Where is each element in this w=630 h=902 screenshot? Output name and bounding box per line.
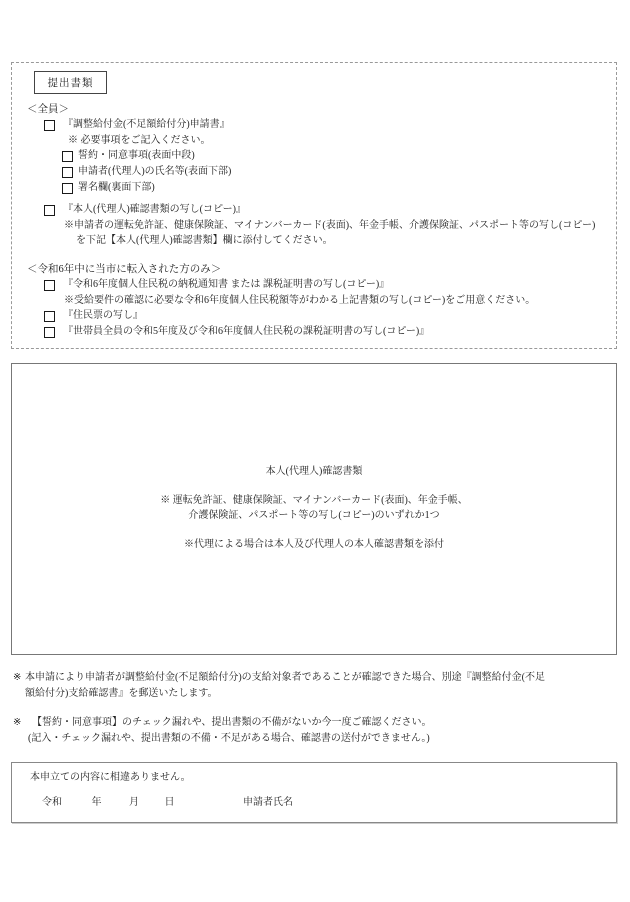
- checklist-item-pledge-consent: 誓約・同意事項(表面中段): [12, 148, 616, 164]
- note-fill-required-fields: ※ 必要事項をご記入ください。: [12, 133, 616, 148]
- checklist-item-label: 申請者(代理人)の氏名等(表面下部): [78, 164, 231, 180]
- reference-mark: ※: [11, 670, 25, 702]
- checkbox-applicant-name[interactable]: [62, 167, 73, 178]
- attachment-area-note1-line1: ※ 運転免許証、健康保険証、マイナンバーカード(表面)、年金手帳、: [12, 493, 616, 508]
- checklist-item-household-tax-certificate: 『世帯員全員の令和5年度及び令和6年度個人住民税の課税証明書の写し(コピー)』: [12, 324, 616, 340]
- checklist-item-identity-copy: 『本人(代理人)確認書類の写し(コピー)』: [12, 202, 616, 218]
- checklist-item-label: 『住民票の写し』: [63, 308, 143, 324]
- checklist-item-label: 『世帯員全員の令和5年度及び令和6年度個人住民税の課税証明書の写し(コピー)』: [63, 324, 429, 340]
- declaration-date-line: 令和 年 月 日 申請者氏名: [12, 795, 616, 810]
- reference-mark: ※: [11, 715, 28, 747]
- year-label: 年: [92, 797, 102, 808]
- note-identity-copy-line1: ※申請者の運転免許証、健康保険証、マイナンバーカード(表面)、年金手帳、介護保険…: [12, 218, 616, 233]
- checklist-item-residence-certificate: 『住民票の写し』: [12, 308, 616, 324]
- attachment-area-note1-line2: 介護保険証、パスポート等の写し(コピー)のいずれか1つ: [12, 508, 616, 523]
- day-label: 日: [165, 797, 175, 808]
- month-label: 月: [129, 797, 139, 808]
- note-tax-notice: ※受給要件の確認に必要な令和6年度個人住民税額等がわかる上記書類の写し(コピー)…: [12, 293, 616, 308]
- submitted-documents-section: 提出書類 ＜全員＞ 『調整給付金(不足額給付分)申請書』 ※ 必要事項をご記入く…: [11, 62, 617, 349]
- footer-notes: ※ 本申請により申請者が調整給付金(不足額給付分)の支給対象者であることが確認で…: [11, 670, 621, 760]
- footer-note-recheck-line2: (記入・チェック漏れや、提出書類の不備・不足がある場合、確認書の送付ができません…: [28, 731, 432, 747]
- declaration-statement: 本申立ての内容に相違ありません。: [12, 763, 616, 785]
- group-heading-transferred: ＜令和6年中に当市に転入された方のみ＞: [12, 262, 616, 277]
- checkbox-tax-notice-copy[interactable]: [44, 280, 55, 291]
- note-identity-copy-line2: を下記【本人(代理人)確認書類】欄に添付してください。: [12, 233, 616, 248]
- era-label: 令和: [42, 797, 62, 808]
- checklist-item-label: 『令和6年度個人住民税の納税通知書 または 課税証明書の写し(コピー)』: [63, 277, 389, 293]
- checklist-item-applicant-name: 申請者(代理人)の氏名等(表面下部): [12, 164, 616, 180]
- checklist-item-label: 『調整給付金(不足額給付分)申請書』: [63, 117, 230, 133]
- footer-note-mailing-line2: 額給付分)支給確認書』を郵送いたします。: [25, 686, 545, 702]
- submitted-documents-label: 提出書類: [48, 75, 94, 90]
- attachment-area-title: 本人(代理人)確認書類: [12, 464, 616, 479]
- submitted-documents-label-box: 提出書類: [34, 71, 107, 94]
- footer-note-recheck: ※ 【誓約・同意事項】のチェック漏れや、提出書類の不備がないか今一度ご確認くださ…: [11, 715, 621, 747]
- footer-note-mailing: ※ 本申請により申請者が調整給付金(不足額給付分)の支給対象者であることが確認で…: [11, 670, 621, 702]
- checkbox-application-form[interactable]: [44, 120, 55, 131]
- identity-documents-attachment-area: 本人(代理人)確認書類 ※ 運転免許証、健康保険証、マイナンバーカード(表面)、…: [11, 363, 617, 655]
- checkbox-household-tax-certificate[interactable]: [44, 327, 55, 338]
- checklist-item-signature-field: 署名欄(裏面下部): [12, 180, 616, 196]
- footer-note-recheck-line1: 【誓約・同意事項】のチェック漏れや、提出書類の不備がないか今一度ご確認ください。: [28, 715, 432, 731]
- applicant-name-label: 申請者氏名: [243, 797, 293, 808]
- declaration-box: 本申立ての内容に相違ありません。 令和 年 月 日 申請者氏名: [11, 762, 617, 823]
- group-heading-everyone: ＜全員＞: [12, 102, 616, 117]
- checklist-item-label: 『本人(代理人)確認書類の写し(コピー)』: [63, 202, 246, 218]
- checkbox-pledge-consent[interactable]: [62, 151, 73, 162]
- checklist-item-application-form: 『調整給付金(不足額給付分)申請書』: [12, 117, 616, 133]
- checklist-item-label: 誓約・同意事項(表面中段): [78, 148, 195, 164]
- checkbox-signature-field[interactable]: [62, 183, 73, 194]
- attachment-area-note2: ※代理による場合は本人及び代理人の本人確認書類を添付: [12, 537, 616, 552]
- checklist-item-label: 署名欄(裏面下部): [78, 180, 155, 196]
- footer-note-mailing-line1: 本申請により申請者が調整給付金(不足額給付分)の支給対象者であることが確認できた…: [25, 670, 545, 686]
- checkbox-residence-certificate[interactable]: [44, 311, 55, 322]
- checkbox-identity-copy[interactable]: [44, 205, 55, 216]
- checklist-item-tax-notice-copy: 『令和6年度個人住民税の納税通知書 または 課税証明書の写し(コピー)』: [12, 277, 616, 293]
